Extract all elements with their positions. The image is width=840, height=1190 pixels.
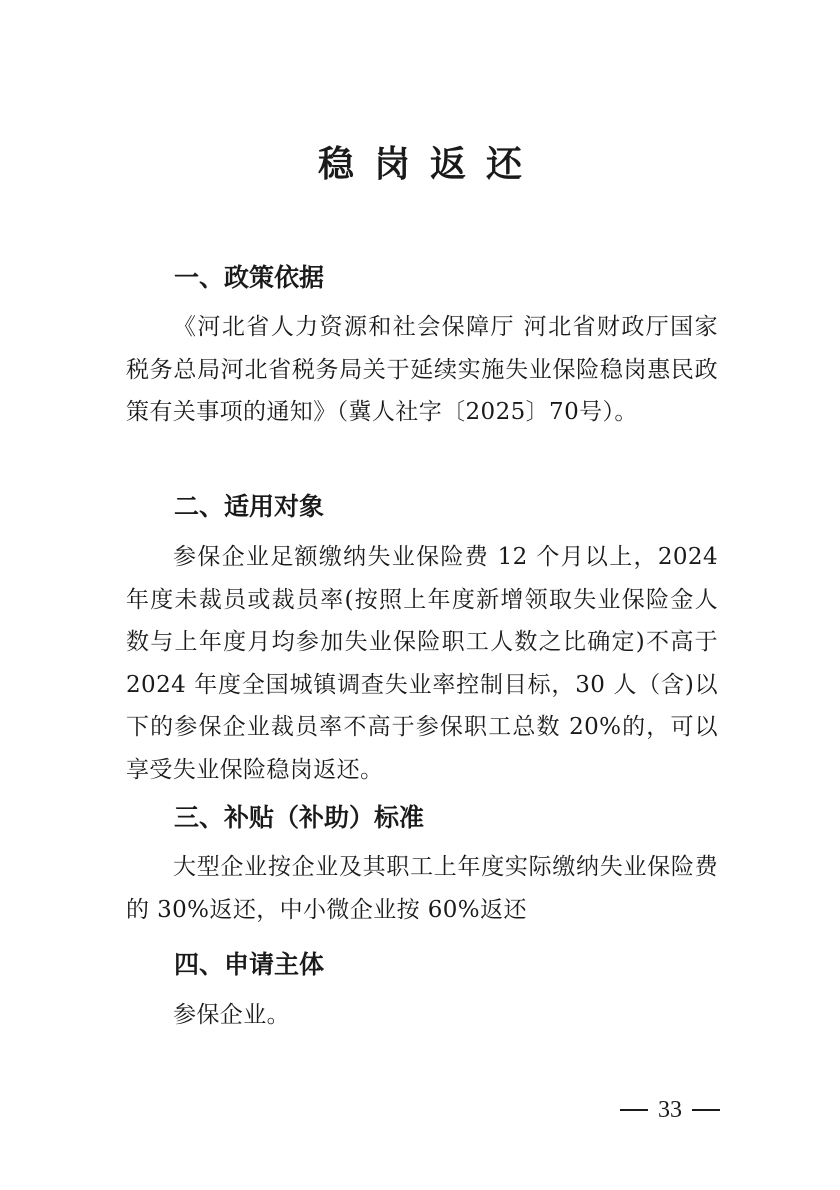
page-number: 33 [658,1094,682,1126]
section-applicant: 四、申请主体 参保企业。 [126,945,718,1037]
section-body: 大型企业按企业及其职工上年度实际缴纳失业保险费的 30%返还，中小微企业按 60… [126,846,718,931]
document-page: 稳岗返还 一、政策依据 《河北省人力资源和社会保障厅 河北省财政厅国家税务总局河… [0,0,840,1190]
section-body: 《河北省人力资源和社会保障厅 河北省财政厅国家税务总局河北省税务局关于延续实施失… [126,306,718,434]
page-title: 稳岗返还 [0,138,840,190]
section-heading: 四、申请主体 [126,945,718,985]
page-footer: 33 [620,1094,720,1126]
section-eligible-targets: 二、适用对象 参保企业足额缴纳失业保险费 12 个月以上，2024年度未裁员或裁… [126,487,718,791]
section-heading: 一、政策依据 [126,258,718,298]
dash-decoration [692,1109,720,1111]
section-subsidy-standard: 三、补贴（补助）标准 大型企业按企业及其职工上年度实际缴纳失业保险费的 30%返… [126,798,718,931]
section-body: 参保企业足额缴纳失业保险费 12 个月以上，2024年度未裁员或裁员率(按照上年… [126,536,718,791]
section-heading: 三、补贴（补助）标准 [126,798,718,838]
section-heading: 二、适用对象 [126,487,718,527]
dash-decoration [620,1109,648,1111]
section-body: 参保企业。 [126,994,718,1037]
section-policy-basis: 一、政策依据 《河北省人力资源和社会保障厅 河北省财政厅国家税务总局河北省税务局… [126,258,718,434]
